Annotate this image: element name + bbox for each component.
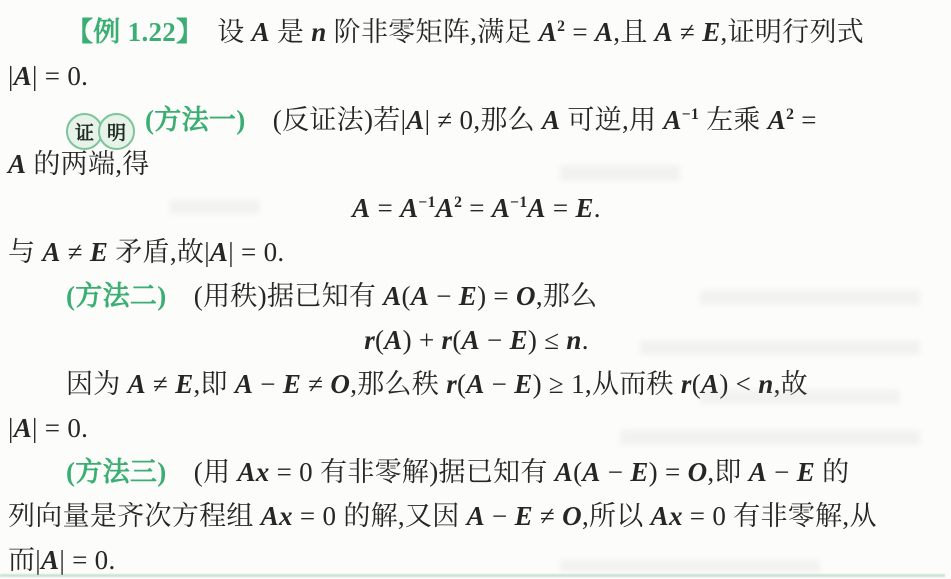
text-segment: | = 0. (32, 413, 88, 443)
text-segment: E (515, 501, 533, 531)
text-segment: 与 (8, 237, 42, 267)
text-segment: ) ≥ 1,从而秩 (533, 369, 681, 399)
text-segment: 左乘 (699, 105, 768, 135)
text-segment: E (510, 325, 528, 355)
text-segment: ,故 (774, 369, 808, 399)
text-segment: A (42, 237, 60, 267)
text-segment: Ax (651, 501, 683, 531)
method-label: (方法二) (66, 281, 166, 311)
text-segment: − (485, 501, 515, 531)
text-segment: ) < (719, 369, 758, 399)
text-segment: ) = (477, 281, 516, 311)
text-segment: − (480, 325, 510, 355)
text-segment: . (594, 193, 601, 223)
text-segment: ( (452, 325, 461, 355)
text-segment: A (542, 105, 560, 135)
text-segment: = 0 的解,又因 (293, 501, 467, 531)
content-lines: 【例 1.22】 设 A 是 n 阶非零矩阵,满足 A2 = A,且 A ≠ E… (8, 10, 945, 579)
text-segment: A (749, 457, 767, 487)
text-segment: 是 (270, 17, 311, 47)
method-label: (方法三) (66, 457, 166, 487)
text-segment: A (210, 237, 228, 267)
text-segment: A (14, 413, 32, 443)
text-segment: ,证明行列式 (721, 17, 865, 47)
text-segment: r (442, 325, 453, 355)
text-segment: | = 0. (59, 545, 115, 575)
text-segment: ) = (649, 457, 688, 487)
text-segment: 矛盾,故| (108, 237, 210, 267)
text-segment: A (235, 369, 253, 399)
text-segment: ≠ (61, 237, 90, 267)
example-header-line: 【例 1.22】 设 A 是 n 阶非零矩阵,满足 A2 = A,且 A ≠ E… (8, 10, 945, 54)
text-segment: A (8, 149, 26, 179)
text-segment: = (462, 193, 492, 223)
text-segment: A (128, 369, 146, 399)
text-segment: n (311, 17, 326, 47)
text-segment: A (383, 281, 401, 311)
text-segment: A (582, 457, 600, 487)
text-segment: A (462, 325, 480, 355)
text-segment: 因为 (66, 369, 128, 399)
equation-1-line: A = A−1A2 = A−1A = E. (8, 186, 945, 230)
text-segment: A (528, 193, 546, 223)
text-segment: = (794, 105, 817, 135)
text-segment: = 0 有非零解,从 (683, 501, 877, 531)
text-segment: n (566, 325, 581, 355)
text-segment: A (436, 193, 454, 223)
text-segment: = (565, 17, 595, 47)
text-segment: E (514, 369, 532, 399)
text-segment: ( (457, 369, 466, 399)
text-segment: A (555, 457, 573, 487)
text-segment: A (768, 105, 786, 135)
text-segment: ) + (403, 325, 442, 355)
text-segment: − (429, 281, 459, 311)
text-segment: 的两端,得 (26, 149, 149, 179)
method-3-conclusion-line: 而|A| = 0. (8, 538, 945, 579)
text-segment: A (411, 281, 429, 311)
text-segment: (用 (166, 457, 237, 487)
text-segment: E (702, 17, 720, 47)
text-segment: = 0 有非零解)据已知有 (270, 457, 555, 487)
text-segment: ( (402, 281, 411, 311)
text-segment: ,即 (707, 457, 748, 487)
text-segment: ≠ (146, 369, 175, 399)
text-segment: 可逆,用 (560, 105, 663, 135)
text-segment: A (467, 501, 485, 531)
text-segment: − (253, 369, 283, 399)
text-segment: A (655, 17, 673, 47)
text-segment: r (364, 325, 375, 355)
proof-method-3-line: (方法三) (用 Ax = 0 有非零解)据已知有 A(A − E) = O,即… (8, 450, 945, 494)
method-2-conclusion-line: |A| = 0. (8, 406, 945, 450)
method-1-continuation-line: A 的两端,得 (8, 142, 945, 186)
proof-method-1-line: 证明(方法一) (反证法)若|A| ≠ 0,那么 A 可逆,用 A−1 左乘 A… (8, 98, 945, 142)
text-segment: −1 (418, 194, 435, 211)
method-label: 【例 1.22】 (66, 17, 190, 47)
text-segment: E (175, 369, 193, 399)
text-segment: O (516, 281, 536, 311)
bottom-divider (0, 574, 945, 577)
text-segment: ( (692, 369, 701, 399)
text-segment: ) ≤ (528, 325, 567, 355)
text-segment: ,那么秩 (350, 369, 446, 399)
text-segment: −1 (682, 106, 699, 123)
text-segment: 阶非零矩阵,满足 (327, 17, 539, 47)
text-segment: n (758, 369, 773, 399)
text-segment: | = 0. (32, 61, 88, 91)
text-segment: A (384, 325, 402, 355)
text-segment: ,且 (613, 17, 654, 47)
text-segment: 设 (190, 17, 252, 47)
method-3-continuation-line: 列向量是齐次方程组 Ax = 0 的解,又因 A − E ≠ O,所以 Ax =… (8, 494, 945, 538)
method-2-argument-line: 因为 A ≠ E,即 A − E ≠ O,那么秩 r(A − E) ≥ 1,从而… (8, 362, 945, 406)
text-segment: O (688, 457, 708, 487)
text-segment: ( (375, 325, 384, 355)
text-segment: Ax (261, 501, 293, 531)
text-segment: −1 (510, 194, 527, 211)
text-segment: (反证法)若| (245, 105, 406, 135)
text-segment: 而| (8, 545, 41, 575)
text-segment: ≠ (673, 17, 702, 47)
text-segment: ≠ (533, 501, 562, 531)
text-segment: A (406, 105, 424, 135)
text-segment: E (575, 193, 593, 223)
text-segment: E (797, 457, 815, 487)
text-segment: ≠ (301, 369, 330, 399)
text-segment: A (466, 369, 484, 399)
text-segment: A (663, 105, 681, 135)
text-segment: = (370, 193, 400, 223)
textbook-page: 【例 1.22】 设 A 是 n 阶非零矩阵,满足 A2 = A,且 A ≠ E… (0, 0, 951, 579)
text-segment: E (630, 457, 648, 487)
text-segment: ,即 (194, 369, 235, 399)
text-segment: r (446, 369, 457, 399)
method-label: (方法一) (145, 105, 245, 135)
text-segment: 的 (815, 457, 849, 487)
method-1-conclusion-line: 与 A ≠ E 矛盾,故|A| = 0. (8, 230, 945, 274)
text-segment: ,那么 (536, 281, 598, 311)
text-segment: − (485, 369, 515, 399)
text-segment: ,所以 (582, 501, 651, 531)
text-segment: A (400, 193, 418, 223)
text-segment: O (330, 369, 350, 399)
text-segment: E (283, 369, 301, 399)
text-segment: (用秩)据已知有 (166, 281, 383, 311)
text-segment: A (252, 17, 270, 47)
text-segment: A (41, 545, 59, 575)
text-segment: − (601, 457, 631, 487)
text-segment: . (582, 325, 589, 355)
text-segment: = (546, 193, 576, 223)
proof-method-2-line: (方法二) (用秩)据已知有 A(A − E) = O,那么 (8, 274, 945, 318)
equation-2-line: r(A) + r(A − E) ≤ n. (8, 318, 945, 362)
text-segment: 列向量是齐次方程组 (8, 501, 261, 531)
text-segment: − (767, 457, 797, 487)
text-segment: A (539, 17, 557, 47)
text-segment: E (459, 281, 477, 311)
text-segment: A (352, 193, 370, 223)
text-segment: | ≠ 0,那么 (425, 105, 542, 135)
statement-continuation-line: |A| = 0. (8, 54, 945, 98)
text-segment: A (701, 369, 719, 399)
text-segment: ( (573, 457, 582, 487)
text-segment: Ax (237, 457, 269, 487)
text-segment: 2 (786, 106, 794, 123)
text-segment: r (681, 369, 692, 399)
text-segment: A (595, 17, 613, 47)
text-segment: 2 (454, 194, 462, 211)
text-segment: | = 0. (228, 237, 284, 267)
text-segment: O (562, 501, 582, 531)
text-segment: A (14, 61, 32, 91)
text-segment: E (90, 237, 108, 267)
text-segment: A (492, 193, 510, 223)
